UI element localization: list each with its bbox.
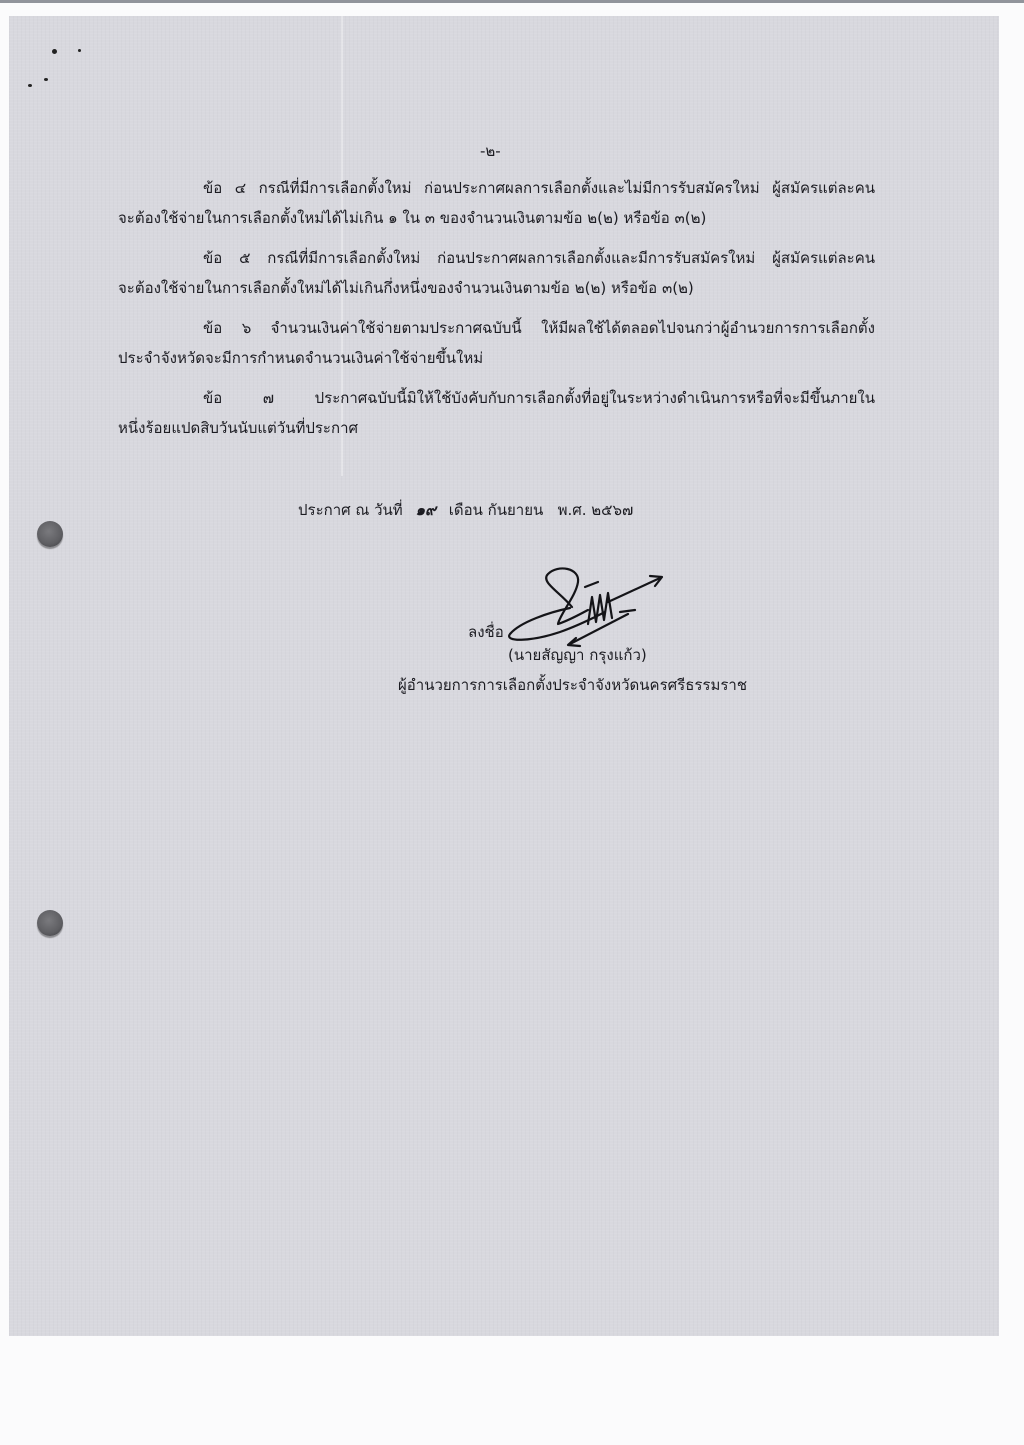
clause-7-line-2: หนึ่งร้อยแปดสิบวันนับแต่วันที่ประกาศ	[118, 418, 358, 438]
page-number: -๒-	[480, 141, 501, 161]
scan-speck	[28, 84, 32, 87]
punch-hole-bottom	[37, 910, 63, 936]
date-prefix: ประกาศ ณ วันที่	[298, 501, 403, 519]
clause-7-line-1: ข้อ ๗ ประกาศฉบับนี้มิให้ใช้บังคับกับการเ…	[203, 388, 875, 408]
announcement-date: ประกาศ ณ วันที่ ๑๙ เดือน กันยายน พ.ศ. ๒๕…	[298, 500, 633, 520]
date-year: พ.ศ. ๒๕๖๗	[558, 501, 634, 519]
punch-hole-top	[37, 521, 63, 547]
signatory-name: (นายสัญญา กรุงแก้ว)	[508, 645, 647, 665]
scan-speck	[78, 49, 81, 52]
clause-4-line-1: ข้อ ๔ กรณีที่มีการเลือกตั้งใหม่ ก่อนประก…	[203, 178, 875, 198]
date-month: เดือน กันยายน	[449, 501, 544, 519]
scanner-edge	[0, 0, 1024, 3]
clause-5-line-1: ข้อ ๕ กรณีที่มีการเลือกตั้งใหม่ ก่อนประก…	[203, 248, 875, 268]
clause-5-line-2: จะต้องใช้จ่ายในการเลือกตั้งใหม่ได้ไม่เกิ…	[118, 278, 694, 298]
clause-6-line-2: ประจำจังหวัดจะมีการกำหนดจำนวนเงินค่าใช้จ…	[118, 348, 483, 368]
handwritten-signature	[500, 562, 680, 652]
clause-6-line-1: ข้อ ๖ จำนวนเงินค่าใช้จ่ายตามประกาศฉบับนี…	[203, 318, 875, 338]
scan-speck	[52, 49, 57, 54]
signatory-title: ผู้อำนวยการการเลือกตั้งประจำจังหวัดนครศร…	[398, 675, 747, 695]
signature-label: ลงชื่อ	[468, 622, 504, 642]
scan-speck	[44, 78, 48, 81]
date-day: ๑๙	[415, 501, 436, 519]
clause-4-line-2: จะต้องใช้จ่ายในการเลือกตั้งใหม่ได้ไม่เกิ…	[118, 208, 706, 228]
